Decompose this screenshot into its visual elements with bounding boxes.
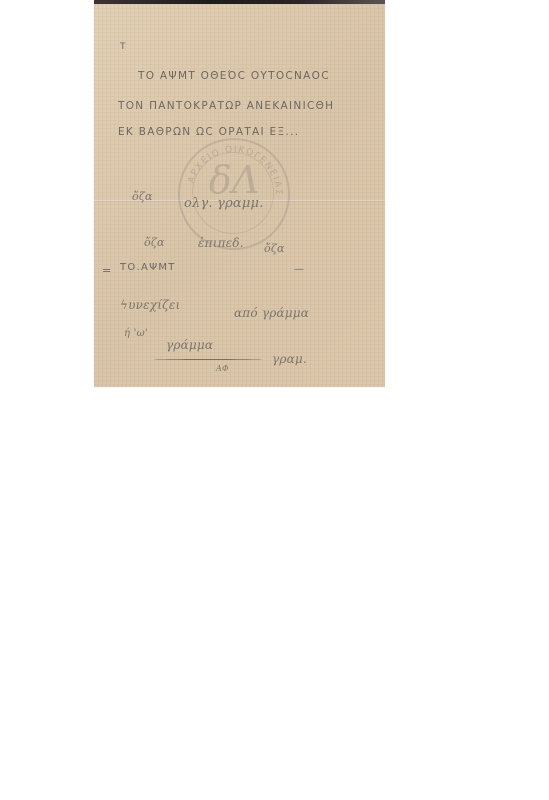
signature-initials: ΑΦ	[216, 364, 229, 373]
cursive-line-2-suffix: ὄζα	[264, 242, 285, 255]
cursive-line-1: ολγ. γραμμ.	[184, 196, 264, 211]
note-line-1-right: από γράμμα	[234, 306, 309, 320]
scan-edge-strip	[94, 0, 385, 4]
text-line-3: ΕΚ ΒΑΘΡΩΝ ΩϹ ΟΡΑΤΑΙ ΕΞ...	[118, 126, 299, 138]
cursive-line-2-prefix: ὄζα	[144, 236, 165, 249]
text-line-2: ΤΟΝ ΠΑΝΤΟΚΡΑΤΩΡ ΑΝΕΚΑΙΝΙϹΘΗ	[118, 100, 334, 112]
note-line-2: γράμμα	[166, 338, 213, 352]
dash-mark: —	[294, 264, 305, 275]
archive-stamp: ΑΡΧΕΙΟ ΟΙΚΟΓΕΝΕΙΑΣ δΛ	[178, 138, 290, 250]
cursive-line-1-prefix: ὄζα	[132, 190, 153, 203]
note-line-1: ϟυνεχίζει	[120, 298, 180, 312]
text-line-1: ΤΟ ΑΨΜΤ ΟΘΕΌϹ ΟΥΤΟϹΝΑΟϹ	[138, 70, 330, 82]
text-line-4: ΤΟ.ΑΨΜΤ	[120, 262, 176, 273]
equals-mark: =	[102, 264, 112, 277]
document-page: ΑΡΧΕΙΟ ΟΙΚΟΓΕΝΕΙΑΣ δΛ Τ ΤΟ ΑΨΜΤ ΟΘΕΌϹ ΟΥ…	[94, 0, 385, 387]
cursive-line-2: ἐπιπεδ.	[198, 236, 244, 250]
signature-underline	[154, 359, 262, 360]
note-line-2-right: γραμ.	[272, 352, 307, 366]
note-line-2-left: ή 'ω'	[124, 328, 148, 339]
corner-mark: Τ	[120, 42, 126, 52]
